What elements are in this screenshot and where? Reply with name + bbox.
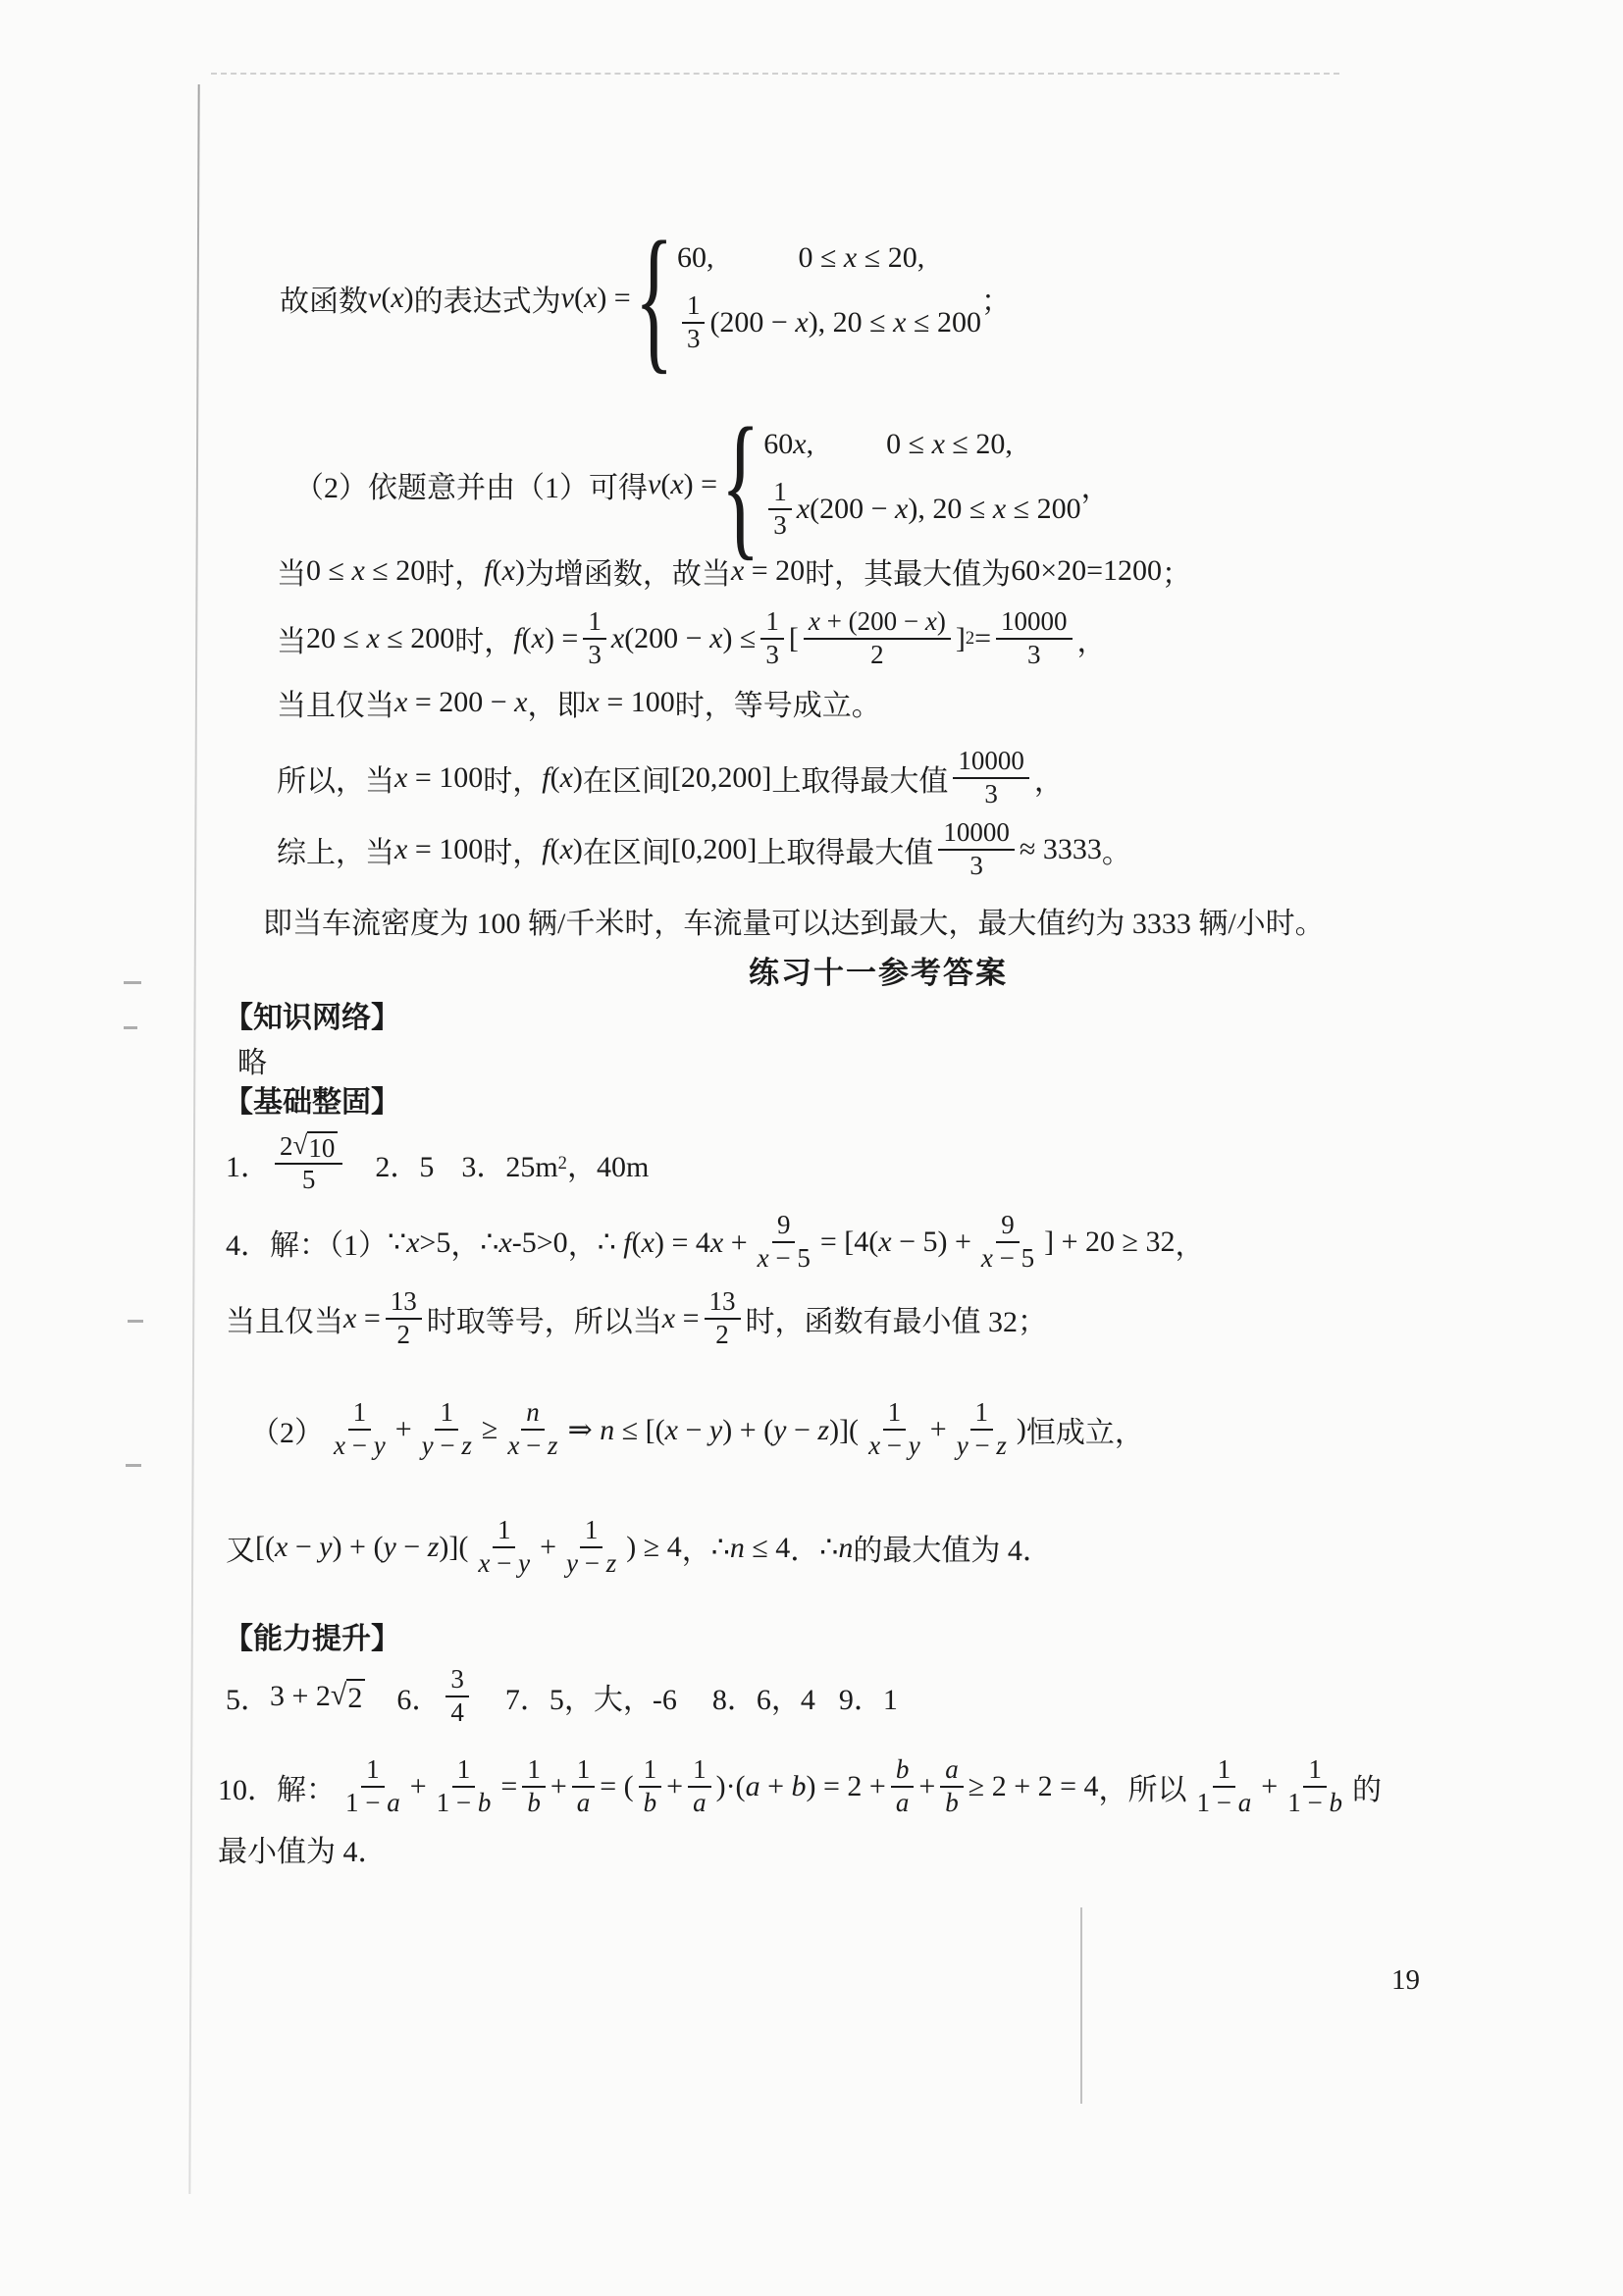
case2-amgm-inequality-line: 当 20 ≤ x ≤ 200 时，f(x) = 13x(200 − x) ≤ 1… xyxy=(277,595,1107,683)
answer-4-equality-line: 当且仅当 x = 132 时取等号，所以当 x = 132 时，函数有最小值 3… xyxy=(226,1276,1047,1362)
page-number: 19 xyxy=(1391,1960,1420,2000)
scanned-answer-page: 故函数 v(x) 的表达式为 v(x) = {60,0 ≤ x ≤ 20,13(… xyxy=(0,0,1623,2296)
piecewise-vx-definition-line: 故函数 v(x) 的表达式为 v(x) = {60,0 ≤ x ≤ 20,13(… xyxy=(280,218,1011,379)
omitted-text: 略 xyxy=(237,1038,267,1081)
equality-condition-line: 当且仅当 x = 200 − x，即 x = 100 时，等号成立。 xyxy=(277,681,881,724)
conclusion-traffic-flow-line: 即当车流密度为 100 辆/千米时，车流量可以达到最大，最大值约为 3333 辆… xyxy=(263,899,1325,942)
maximum-on-0-200-line: 综上，当 x = 100 时，f(x) 在区间 [0,200] 上取得最大值 1… xyxy=(277,808,1131,892)
scan-artifact-margin-tick xyxy=(126,1464,141,1467)
answer-4-part2-line: （2）1x − y + 1y − z ≥ nx − z ⇒ n ≤ [(x − … xyxy=(250,1383,1144,1476)
scan-artifact-top-dashed-line xyxy=(211,73,1339,75)
scan-artifact-margin-tick xyxy=(124,1026,137,1029)
answer-4-conclusion-line: 又[(x − y) + (y − z)](1x − y + 1y − z) ≥ … xyxy=(226,1501,1052,1593)
answers-section-title: 练习十一参考答案 xyxy=(749,948,1008,991)
scan-artifact-right-line xyxy=(1080,1907,1082,2104)
scan-artifact-margin-tick xyxy=(124,981,141,984)
part2-piecewise-vx-line: （2）依题意并由（1）可得 v(x) = {60x,0 ≤ x ≤ 20,13x… xyxy=(294,404,1111,565)
answer-10-conclusion-line: 最小值为 4． xyxy=(218,1827,388,1870)
answers-1-to-3-line: 1．2√1052．53．25m2，40m xyxy=(226,1119,649,1209)
answers-5-to-9-line: 5．3 + 2√26．347．5，大，-68．6，49．1 xyxy=(226,1652,898,1741)
scan-artifact-left-edge-line xyxy=(188,84,199,2194)
answer-4-part1-line: 4．解：（1）∵x>5，∴x-5>0，∴ f(x) = 4x + 9x − 5 … xyxy=(226,1199,1205,1285)
answer-10-derivation-line: 10．解：11 − a + 11 − b = 1b + 1a = (1b + 1… xyxy=(218,1743,1382,1831)
case1-increasing-function-line: 当 0 ≤ x ≤ 20 时，f(x) 为增函数，故当 x = 20 时，其最大… xyxy=(277,549,1191,593)
foundation-section-heading: 【基础整固】 xyxy=(224,1077,400,1121)
ability-section-heading: 【能力提升】 xyxy=(224,1614,400,1657)
scan-artifact-margin-tick xyxy=(128,1320,143,1323)
knowledge-network-heading: 【知识网络】 xyxy=(224,993,400,1036)
